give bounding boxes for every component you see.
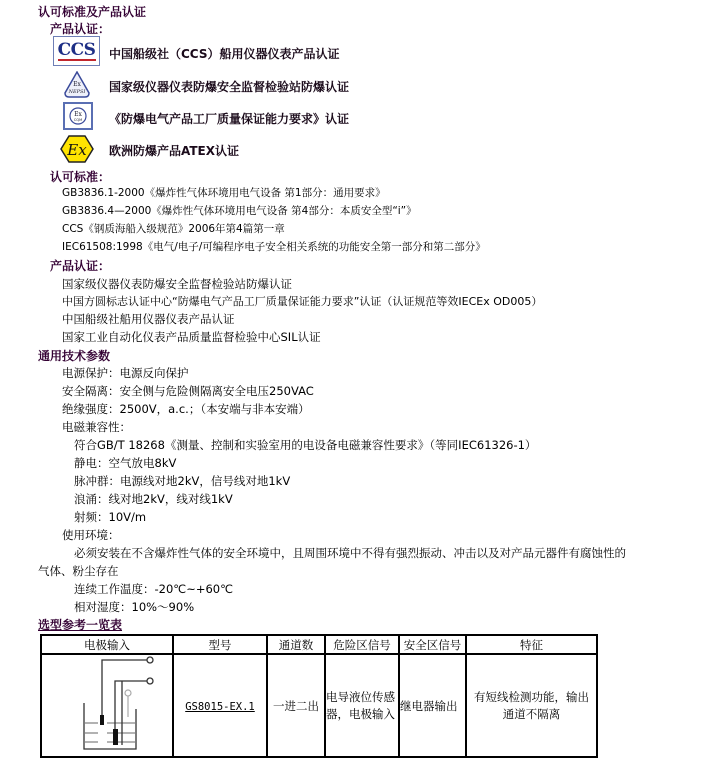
model-link[interactable]: GS8015-EX.1: [185, 701, 255, 713]
col-channels: 通道数: [267, 635, 325, 654]
tech-esd: 静电：空气放电8kV: [74, 455, 176, 471]
product-cert-heading-2: 产品认证：: [50, 257, 110, 274]
standard-item: CCS《钢质海船入级规范》2006年第4篇第一章: [62, 221, 285, 236]
cert-label-nepsi: 国家级仪器仪表防爆安全监督检验站防爆认证: [109, 78, 349, 95]
svg-text:CQM: CQM: [74, 118, 82, 122]
tech-env-line1: 必须安装在不含爆炸性气体的安全环境中，且周围环境中不得有强烈振动、冲击以及对产品…: [74, 545, 626, 561]
table-header-row: 电极输入 型号 通道数 危险区信号 安全区信号 特征: [41, 635, 597, 654]
model-cell: GS8015-EX.1: [173, 654, 267, 757]
product-cert-item: 国家级仪器仪表防爆安全监督检验站防爆认证: [62, 276, 292, 292]
tech-temperature: 连续工作温度：-20℃~+60℃: [74, 581, 233, 597]
col-hazard-signal: 危险区信号: [325, 635, 399, 654]
hazard-signal-cell: 电导液位传感器，电极输入: [325, 654, 399, 757]
tech-power-protection: 电源保护：电源反向保护: [62, 365, 189, 381]
svg-text:Ex: Ex: [73, 81, 81, 88]
tech-env-heading: 使用环境：: [62, 527, 120, 543]
svg-text:Ex: Ex: [74, 111, 82, 118]
tech-humidity: 相对湿度：10%～90%: [74, 599, 194, 615]
cert-label-cqm: 《防爆电气产品工厂质量保证能力要求》认证: [109, 110, 349, 127]
cert-label-ccs: 中国船级社（CCS）船用仪器仪表产品认证: [109, 45, 339, 62]
atex-logo-icon: Ex: [60, 135, 94, 163]
tech-insulation: 绝缘强度：2500V，a.c.；（本安端与非本安端）: [62, 401, 310, 417]
selection-table: 电极输入 型号 通道数 危险区信号 安全区信号 特征: [40, 634, 598, 758]
tech-rf: 射频：10V/m: [74, 509, 146, 525]
feature-cell: 有短线检测功能，输出通道不隔离: [466, 654, 597, 757]
standard-item: GB3836.4—2000《爆炸性气体环境用电气设备 第4部分：本质安全型“i”…: [62, 203, 417, 218]
safe-signal-cell: 继电器输出: [399, 654, 466, 757]
standards-heading: 认可标准：: [50, 168, 110, 185]
col-electrode-input: 电极输入: [41, 635, 173, 654]
ccs-logo-icon: CCS: [53, 36, 100, 66]
nepsi-logo-icon: Ex NEPSI: [63, 71, 91, 99]
col-feature: 特征: [466, 635, 597, 654]
cert-label-atex: 欧洲防爆产品ATEX认证: [109, 142, 239, 159]
tech-emc-heading: 电磁兼容性：: [62, 419, 131, 435]
tech-burst: 脉冲群：电源线对地2kV，信号线对地1kV: [74, 473, 290, 489]
channels-cell: 一进二出: [267, 654, 325, 757]
standard-item: GB3836.1-2000《爆炸性气体环境用电气设备 第1部分：通用要求》: [62, 185, 386, 200]
tech-isolation: 安全隔离：安全侧与危险侧隔离安全电压250VAC: [62, 383, 314, 399]
col-safe-signal: 安全区信号: [399, 635, 466, 654]
col-model: 型号: [173, 635, 267, 654]
svg-text:Ex: Ex: [66, 141, 87, 159]
product-cert-heading: 产品认证：: [50, 20, 110, 37]
product-cert-item: 中国船级社船用仪器仪表产品认证: [62, 311, 235, 327]
standard-item: IEC61508:1998《电气/电子/可编程序电子安全相关系统的功能安全第一部…: [62, 239, 486, 254]
tech-heading: 通用技术参数: [38, 347, 110, 364]
tech-env-line2: 气体、粉尘存在: [38, 563, 119, 579]
selection-heading: 选型参考一览表: [38, 616, 122, 633]
tech-surge: 浪涌：线对地2kV，线对线1kV: [74, 491, 233, 507]
section-title: 认可标准及产品认证: [38, 3, 146, 20]
electrode-diagram-icon: [52, 655, 162, 753]
product-cert-item: 国家工业自动化仪表产品质量监督检验中心SIL认证: [62, 329, 321, 345]
electrode-cell: [41, 654, 173, 757]
svg-text:NEPSI: NEPSI: [68, 89, 87, 95]
tech-emc-standard: 符合GB/T 18268《测量、控制和实验室用的电设备电磁兼容性要求》（等同IE…: [74, 437, 536, 453]
cqm-logo-icon: Ex CQM: [63, 102, 93, 130]
product-cert-item: 中国方圆标志认证中心“防爆电气产品工厂质量保证能力要求”认证（认证规范等效IEC…: [62, 293, 542, 309]
table-row: GS8015-EX.1 一进二出 电导液位传感器，电极输入 继电器输出 有短线检…: [41, 654, 597, 757]
